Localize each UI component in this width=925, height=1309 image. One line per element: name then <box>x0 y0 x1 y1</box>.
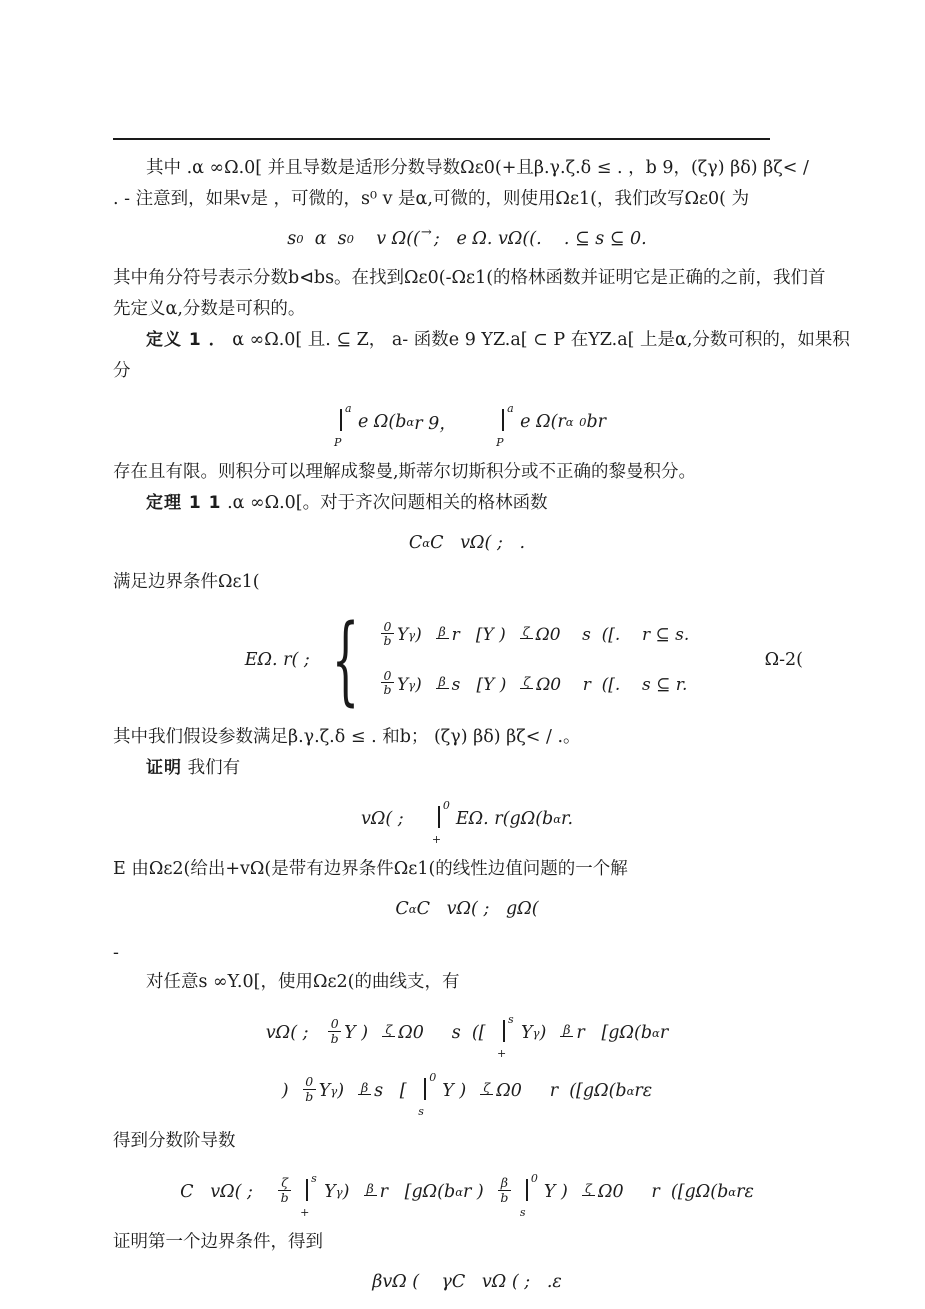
math-text: βvΩ ( γC vΩ ( ; .ε <box>372 1272 562 1292</box>
math-text: v Ω(( <box>354 229 420 249</box>
fraction-numerator: β <box>364 1182 375 1195</box>
integral-bar: 0+ <box>434 804 446 838</box>
fraction: β <box>560 1023 573 1039</box>
fraction: β <box>436 675 449 691</box>
integral-upper-limit: s <box>508 1013 514 1026</box>
fraction-numerator: ζ <box>279 1176 290 1189</box>
fraction-denominator: b <box>498 1190 511 1204</box>
fraction-denominator <box>382 1036 395 1039</box>
fraction-denominator <box>520 638 533 641</box>
integral-lower-limit: P <box>334 436 341 449</box>
fraction-denominator <box>364 1195 377 1198</box>
math-text: s [Y ) <box>452 675 518 695</box>
math-text: e Ω(r <box>520 412 566 432</box>
display-formula: C vΩ( ; ζbs+Yγ) βr [gΩ(bαr ) βb0sY ) ζΩ0… <box>113 1175 821 1209</box>
fraction-numerator: 0 <box>329 1017 341 1030</box>
math-text: r. <box>561 809 573 829</box>
integral-lower-limit: + <box>432 833 441 846</box>
math-text: ; e Ω. vΩ((. . ⊆ s ⊆ 0. <box>434 229 647 249</box>
formula-line: s0 α s0 v Ω((→; e Ω. vΩ((. . ⊆ s ⊆ 0. <box>287 229 646 249</box>
math-text: Y <box>324 1182 336 1202</box>
fraction-denominator <box>436 638 449 641</box>
fraction: ζ <box>382 1023 395 1039</box>
fraction: ζ <box>520 625 533 641</box>
horizontal-rule <box>113 138 770 140</box>
text-line: 得到分数阶导数 <box>113 1126 821 1157</box>
fraction: ζ <box>582 1182 595 1198</box>
math-text: Ω0 r ([. s ⊆ r. <box>536 675 687 695</box>
superscript: α <box>409 902 417 916</box>
fraction-denominator: b <box>303 1089 316 1103</box>
text-line: 存在且有限。则积分可以理解成黎曼,斯蒂尔切斯积分或不正确的黎曼积分。 <box>113 457 821 488</box>
fraction: β <box>364 1182 377 1198</box>
formula-line: vΩ( ; 0bY ) ζΩ0 s ([ s+Yγ) βr [gΩ(bαr <box>266 1016 668 1050</box>
formula-line: C vΩ( ; ζbs+Yγ) βr [gΩ(bαr ) βb0sY ) ζΩ0… <box>180 1175 754 1209</box>
formula-line: vΩ( ; 0+EΩ. r(gΩ(bαr. <box>361 802 573 836</box>
fraction-denominator <box>520 688 533 691</box>
fraction-numerator: β <box>561 1023 572 1036</box>
subscript: α <box>627 1084 635 1098</box>
math-text: s [ <box>374 1081 412 1101</box>
math-text: r [Y ) <box>452 625 517 645</box>
fraction: β <box>358 1081 371 1097</box>
superscript: 0 <box>347 232 354 246</box>
text-run: 其中角分符号表示分数b⊲bs。在找到Ωε0(-Ωε1(的格林函数并证明它是正确的… <box>113 268 826 288</box>
fraction-denominator: b <box>328 1031 341 1045</box>
integral-stroke <box>526 1179 528 1201</box>
math-text: ) <box>343 1182 361 1202</box>
subscript: α <box>652 1026 660 1040</box>
math-text: Y ) <box>544 1182 579 1202</box>
integral-stroke <box>340 409 342 431</box>
subscript: α <box>406 415 414 429</box>
integral-stroke <box>306 1179 308 1201</box>
fraction: 0b <box>303 1075 316 1102</box>
math-text: Ω0 r ([gΩ(b <box>598 1182 728 1202</box>
left-brace: { <box>332 616 359 704</box>
integral-upper-limit: 0 <box>443 799 450 812</box>
math-text: Y ) <box>442 1081 477 1101</box>
display-formula: s0 α s0 v Ω((→; e Ω. vΩ((. . ⊆ s ⊆ 0. <box>113 229 821 249</box>
paragraph-label: 证明 <box>146 758 182 778</box>
fraction-denominator <box>560 1036 573 1039</box>
text-line: 证明 我们有 <box>113 753 821 784</box>
paragraph-label: 定理 1 1 <box>146 493 222 513</box>
fraction-numerator: ζ <box>583 1182 594 1195</box>
fraction-numerator: 0 <box>382 669 394 682</box>
math-text: Y <box>397 675 408 695</box>
math-text: r ) <box>463 1182 495 1202</box>
text-run: 其中我们假设参数满足β.γ.ζ.δ ≤ . 和b； (ζγ) βδ) βζ< /… <box>113 727 581 747</box>
text-run: 我们有 <box>182 758 240 778</box>
fraction-denominator <box>358 1094 371 1097</box>
math-text: C vΩ( ; gΩ( <box>417 899 539 919</box>
cases-formula: EΩ. r( ; {0bYγ) βr [Y ) ζΩ0 s ([. r ⊆ s.… <box>113 616 821 704</box>
fraction-numerator: ζ <box>481 1081 492 1094</box>
integral-bar: s+ <box>302 1177 314 1211</box>
integral-bar: aP <box>498 407 510 441</box>
integral-lower-limit: P <box>496 436 503 449</box>
text-run: 对任意s ∞Y.0[，使用Ωε2(的曲线支，有 <box>146 972 459 992</box>
text-line: 证明第一个边界条件，得到 <box>113 1227 821 1258</box>
paragraph-label: 定义 1 ． <box>146 330 227 350</box>
formula-line: aPe Ω(bαr 9， aPe Ω(rα 0br <box>328 405 606 439</box>
text-line: 先定义α,分数是可积的。 <box>113 294 821 325</box>
math-text: r [gΩ(b <box>576 1023 652 1043</box>
subscript: α <box>728 1185 736 1199</box>
math-text: rε <box>736 1182 754 1202</box>
fraction-numerator: β <box>436 625 447 638</box>
fraction: βb <box>498 1176 511 1203</box>
subscript: α <box>455 1185 463 1199</box>
math-text: ) <box>337 1081 355 1101</box>
fraction-denominator <box>436 688 449 691</box>
display-formula: βvΩ ( γC vΩ ( ; .ε <box>113 1272 821 1292</box>
cases-row: 0bYγ) βr [Y ) ζΩ0 s ([. r ⊆ s. <box>378 622 689 649</box>
fraction-denominator <box>480 1094 493 1097</box>
integral-upper-limit: a <box>507 402 514 415</box>
math-text: Y <box>397 625 408 645</box>
text-run: 分 <box>113 361 131 381</box>
integral-lower-limit: + <box>497 1047 506 1060</box>
math-text: Ω0 r ([gΩ(b <box>496 1081 626 1101</box>
equation-tag: Ω-2( <box>765 650 803 670</box>
fraction-denominator: b <box>278 1190 291 1204</box>
text-run: α ∞Ω.0[ 且. ⊆ Z， a- 函数e 9 YZ.a[ ⊂ P 在YZ.a… <box>227 330 850 350</box>
fraction: ζ <box>520 675 533 691</box>
document-page: 其中 .α ∞Ω.0[ 并且导数是适形分数导数Ωε0(+且β.γ.ζ.δ ≤ .… <box>0 0 925 1309</box>
math-text: Ω0 s ([ <box>398 1023 491 1043</box>
integral-lower-limit: s <box>418 1105 424 1118</box>
fraction: 0b <box>381 669 394 696</box>
subscript: α <box>553 812 561 826</box>
text-run: .α ∞Ω.0[。对于齐次问题相关的格林函数 <box>222 493 548 513</box>
fraction-numerator: ζ <box>521 625 532 638</box>
fraction: ζ <box>480 1081 493 1097</box>
display-formula: CαC vΩ( ; . <box>113 533 821 553</box>
integral-stroke <box>424 1078 426 1100</box>
math-text: ) <box>415 675 432 695</box>
math-text: C <box>409 533 422 553</box>
text-line: . - 注意到，如果v是 ，可微的，s⁰ v 是α,可微的，则使用Ωε1(，我们… <box>113 184 821 215</box>
math-text: e Ω(b <box>358 412 406 432</box>
display-formula: aPe Ω(bαr 9， aPe Ω(rα 0br <box>113 405 821 439</box>
page-content: 其中 .α ∞Ω.0[ 并且导数是适形分数导数Ωε0(+且β.γ.ζ.δ ≤ .… <box>113 138 821 1306</box>
integral-stroke <box>503 1020 505 1042</box>
math-text: r 9， <box>414 410 490 435</box>
text-run: 满足边界条件Ωε1( <box>113 572 260 592</box>
text-run: 得到分数阶导数 <box>113 1131 236 1151</box>
math-text: α s <box>304 229 347 249</box>
text-run: 先定义α,分数是可积的。 <box>113 299 305 319</box>
fraction: 0b <box>328 1017 341 1044</box>
integral-upper-limit: 0 <box>429 1071 436 1084</box>
text-line: 定理 1 1 .α ∞Ω.0[。对于齐次问题相关的格林函数 <box>113 488 821 519</box>
fraction: β <box>436 625 449 641</box>
stray-dash: - <box>113 943 821 963</box>
text-line: 其中角分符号表示分数b⊲bs。在找到Ωε0(-Ωε1(的格林函数并证明它是正确的… <box>113 263 821 294</box>
math-text: ) <box>282 1081 300 1101</box>
text-run: E 由Ωε2(给出+vΩ(是带有边界条件Ωε1(的线性边值问题的一个解 <box>113 859 628 879</box>
math-text: C <box>395 899 408 919</box>
fraction-numerator: 0 <box>303 1075 315 1088</box>
fraction-numerator: 0 <box>382 620 394 633</box>
text-line: 分 <box>113 356 821 387</box>
superscript: 0 <box>296 232 303 246</box>
math-text: Y <box>521 1023 533 1043</box>
math-text: EΩ. r( ; <box>245 650 321 670</box>
integral-stroke <box>502 409 504 431</box>
math-text: vΩ( ; <box>361 809 426 829</box>
math-text: ) <box>539 1023 557 1043</box>
math-text: br <box>586 412 606 432</box>
display-formula: CαC vΩ( ; gΩ( <box>113 899 821 919</box>
display-formula: vΩ( ; 0bY ) ζΩ0 s ([ s+Yγ) βr [gΩ(bαr) 0… <box>113 1016 821 1108</box>
math-text: rε <box>634 1081 652 1101</box>
math-text: r <box>660 1023 668 1043</box>
text-line: 其中 .α ∞Ω.0[ 并且导数是适形分数导数Ωε0(+且β.γ.ζ.δ ≤ .… <box>113 153 821 184</box>
math-text: Y ) <box>344 1023 379 1043</box>
display-formula: vΩ( ; 0+EΩ. r(gΩ(bαr. <box>113 802 821 836</box>
fraction: ζb <box>278 1176 291 1203</box>
formula-line: ) 0bYγ) βs [ 0sY ) ζΩ0 r ([gΩ(bαrε <box>282 1074 652 1108</box>
formula-line: CαC vΩ( ; . <box>409 533 525 553</box>
arrow-glyph: → <box>421 225 432 240</box>
text-line: 定义 1 ． α ∞Ω.0[ 且. ⊆ Z， a- 函数e 9 YZ.a[ ⊂ … <box>113 325 821 356</box>
integral-bar: 0s <box>420 1076 432 1110</box>
fraction-numerator: β <box>359 1081 370 1094</box>
text-run: 存在且有限。则积分可以理解成黎曼,斯蒂尔切斯积分或不正确的黎曼积分。 <box>113 462 696 482</box>
integral-bar: 0s <box>522 1177 534 1211</box>
math-text: s <box>287 229 296 249</box>
text-line: 满足边界条件Ωε1( <box>113 567 821 598</box>
subscript: γ <box>336 1185 343 1199</box>
fraction-numerator: ζ <box>521 675 532 688</box>
cases-rows: 0bYγ) βr [Y ) ζΩ0 s ([. r ⊆ s.0bYγ) βs [… <box>378 622 689 699</box>
fraction-numerator: β <box>499 1176 510 1189</box>
text-run: - <box>113 943 119 963</box>
superscript: 0 <box>579 415 586 429</box>
math-text: Ω0 s ([. r ⊆ s. <box>536 625 690 645</box>
text-line: 其中我们假设参数满足β.γ.ζ.δ ≤ . 和b； (ζγ) βδ) βζ< /… <box>113 722 821 753</box>
fraction-numerator: β <box>436 675 447 688</box>
fraction: 0b <box>381 620 394 647</box>
cases-lead: EΩ. r( ; <box>245 650 321 670</box>
math-text: vΩ( ; <box>266 1023 325 1043</box>
math-text: EΩ. r(gΩ(b <box>456 809 553 829</box>
integral-upper-limit: a <box>345 402 352 415</box>
superscript: α <box>566 415 574 429</box>
integral-upper-limit: s <box>311 1172 317 1185</box>
fraction-denominator <box>582 1195 595 1198</box>
math-text: r [gΩ(b <box>380 1182 456 1202</box>
integral-upper-limit: 0 <box>531 1172 538 1185</box>
math-text: Y <box>319 1081 331 1101</box>
text-line: E 由Ωε2(给出+vΩ(是带有边界条件Ωε1(的线性边值问题的一个解 <box>113 854 821 885</box>
fraction-denominator: b <box>381 633 394 647</box>
math-text: ) <box>415 625 432 645</box>
fraction-denominator: b <box>381 682 394 696</box>
integral-lower-limit: + <box>300 1206 309 1219</box>
formula-line: CαC vΩ( ; gΩ( <box>395 899 538 919</box>
math-text: C vΩ( ; . <box>430 533 525 553</box>
text-line: 对任意s ∞Y.0[，使用Ωε2(的曲线支，有 <box>113 967 821 998</box>
integral-lower-limit: s <box>520 1206 526 1219</box>
superscript: α <box>422 536 430 550</box>
text-run: 证明第一个边界条件，得到 <box>113 1232 323 1252</box>
text-run: 其中 .α ∞Ω.0[ 并且导数是适形分数导数Ωε0(+且β.γ.ζ.δ ≤ .… <box>146 158 809 178</box>
formula-line: βvΩ ( γC vΩ ( ; .ε <box>372 1272 562 1292</box>
cases-row: 0bYγ) βs [Y ) ζΩ0 r ([. s ⊆ r. <box>378 671 689 698</box>
integral-stroke <box>438 806 440 828</box>
math-text: C vΩ( ; <box>180 1182 275 1202</box>
fraction-numerator: ζ <box>383 1023 394 1036</box>
text-run: . - 注意到，如果v是 ，可微的，s⁰ v 是α,可微的，则使用Ωε1(，我们… <box>113 189 749 209</box>
integral-bar: aP <box>336 407 348 441</box>
integral-bar: s+ <box>499 1018 511 1052</box>
